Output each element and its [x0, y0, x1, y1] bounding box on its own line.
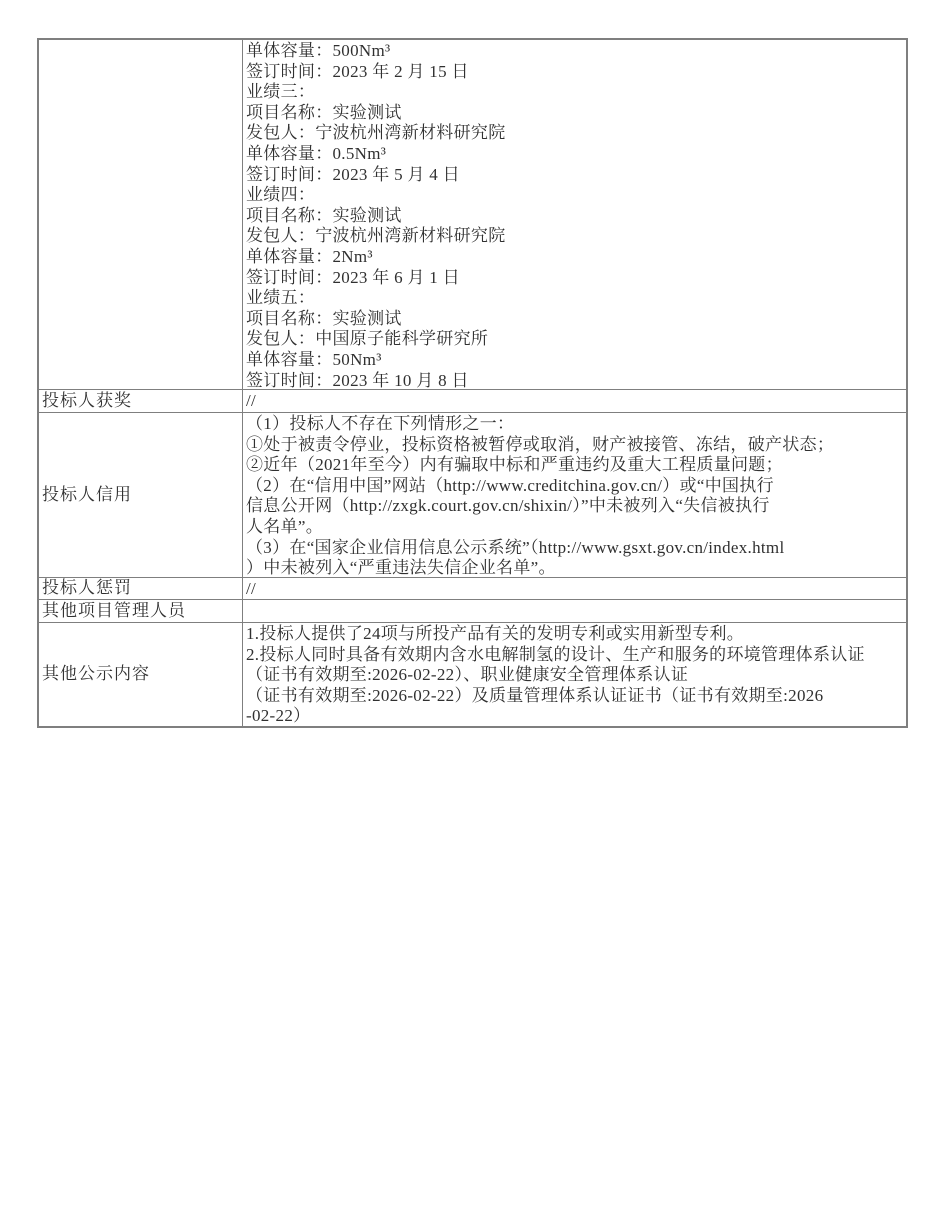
table-row-bidder-awards: 投标人获奖//	[39, 390, 906, 413]
text-line: （1）投标人不存在下列情形之一：	[246, 414, 904, 435]
bid-publicity-table: 单体容量：500Nm³签订时间：2023 年 2 月 15 日业绩三：项目名称：…	[37, 38, 908, 728]
text-line: 发包人：宁波杭州湾新材料研究院	[246, 226, 904, 247]
row-content-bidder-credit: （1）投标人不存在下列情形之一：①处于被责令停业，投标资格被暂停或取消，财产被接…	[243, 413, 906, 577]
text-line: （证书有效期至:2026-02-22）、职业健康安全管理体系认证	[246, 665, 904, 686]
text-line: 发包人：宁波杭州湾新材料研究院	[246, 123, 904, 144]
text-line: （证书有效期至:2026-02-22）及质量管理体系认证证书（证书有效期至:20…	[246, 686, 904, 707]
table-row-performance-continued: 单体容量：500Nm³签订时间：2023 年 2 月 15 日业绩三：项目名称：…	[39, 40, 906, 390]
row-content-other-project-managers	[243, 600, 906, 622]
row-label-other-project-managers: 其他项目管理人员	[39, 600, 243, 622]
text-line: -02-22）	[246, 706, 904, 726]
row-label-bidder-awards: 投标人获奖	[39, 390, 243, 412]
text-line: 单体容量：2Nm³	[246, 247, 904, 268]
text-line: 发包人：中国原子能科学研究所	[246, 329, 904, 350]
row-content-bidder-penalty: //	[243, 578, 906, 599]
document-page: 单体容量：500Nm³签订时间：2023 年 2 月 15 日业绩三：项目名称：…	[0, 0, 945, 1209]
text-line: 项目名称：实验测试	[246, 206, 904, 227]
text-line: ②近年（2021年至今）内有骗取中标和严重违约及重大工程质量问题；	[246, 455, 904, 476]
text-line: （3）在“国家企业信用信息公示系统”（http://www.gsxt.gov.c…	[246, 538, 904, 559]
table-row-other-project-managers: 其他项目管理人员	[39, 600, 906, 623]
row-label-bidder-penalty: 投标人惩罚	[39, 578, 243, 599]
table-row-other-publicity-content: 其他公示内容1.投标人提供了24项与所投产品有关的发明专利或实用新型专利。2.投…	[39, 623, 906, 726]
text-line: （2）在“信用中国”网站（http://www.creditchina.gov.…	[246, 476, 904, 497]
row-label-performance-continued	[39, 40, 243, 389]
text-line: 信息公开网（http://zxgk.court.gov.cn/shixin/）”…	[246, 496, 904, 517]
row-content-performance-continued: 单体容量：500Nm³签订时间：2023 年 2 月 15 日业绩三：项目名称：…	[243, 40, 906, 389]
text-line: 业绩四：	[246, 185, 904, 206]
text-line: 业绩五：	[246, 288, 904, 309]
text-line: 1.投标人提供了24项与所投产品有关的发明专利或实用新型专利。	[246, 624, 904, 645]
text-line: 项目名称：实验测试	[246, 309, 904, 330]
text-line: 签订时间：2023 年 2 月 15 日	[246, 62, 904, 83]
text-line: 人名单”。	[246, 517, 904, 538]
table-row-bidder-penalty: 投标人惩罚//	[39, 578, 906, 600]
text-line: 业绩三：	[246, 82, 904, 103]
text-line: //	[246, 579, 904, 599]
text-line: 项目名称：实验测试	[246, 103, 904, 124]
row-content-other-publicity-content: 1.投标人提供了24项与所投产品有关的发明专利或实用新型专利。2.投标人同时具备…	[243, 623, 906, 726]
text-line: //	[246, 391, 904, 412]
row-content-bidder-awards: //	[243, 390, 906, 412]
text-line: 2.投标人同时具备有效期内含水电解制氢的设计、生产和服务的环境管理体系认证	[246, 645, 904, 666]
row-label-bidder-credit: 投标人信用	[39, 413, 243, 577]
text-line: ）中未被列入“严重违法失信企业名单”。	[246, 558, 904, 577]
row-label-other-publicity-content: 其他公示内容	[39, 623, 243, 726]
text-line: 单体容量：0.5Nm³	[246, 144, 904, 165]
table-row-bidder-credit: 投标人信用（1）投标人不存在下列情形之一：①处于被责令停业，投标资格被暂停或取消…	[39, 413, 906, 578]
text-line: ①处于被责令停业，投标资格被暂停或取消，财产被接管、冻结，破产状态；	[246, 435, 904, 456]
text-line: 签订时间：2023 年 6 月 1 日	[246, 268, 904, 289]
text-line: 签订时间：2023 年 5 月 4 日	[246, 165, 904, 186]
text-line: 单体容量：50Nm³	[246, 350, 904, 371]
text-line: 签订时间：2023 年 10 月 8 日	[246, 371, 904, 390]
text-line: 单体容量：500Nm³	[246, 41, 904, 62]
